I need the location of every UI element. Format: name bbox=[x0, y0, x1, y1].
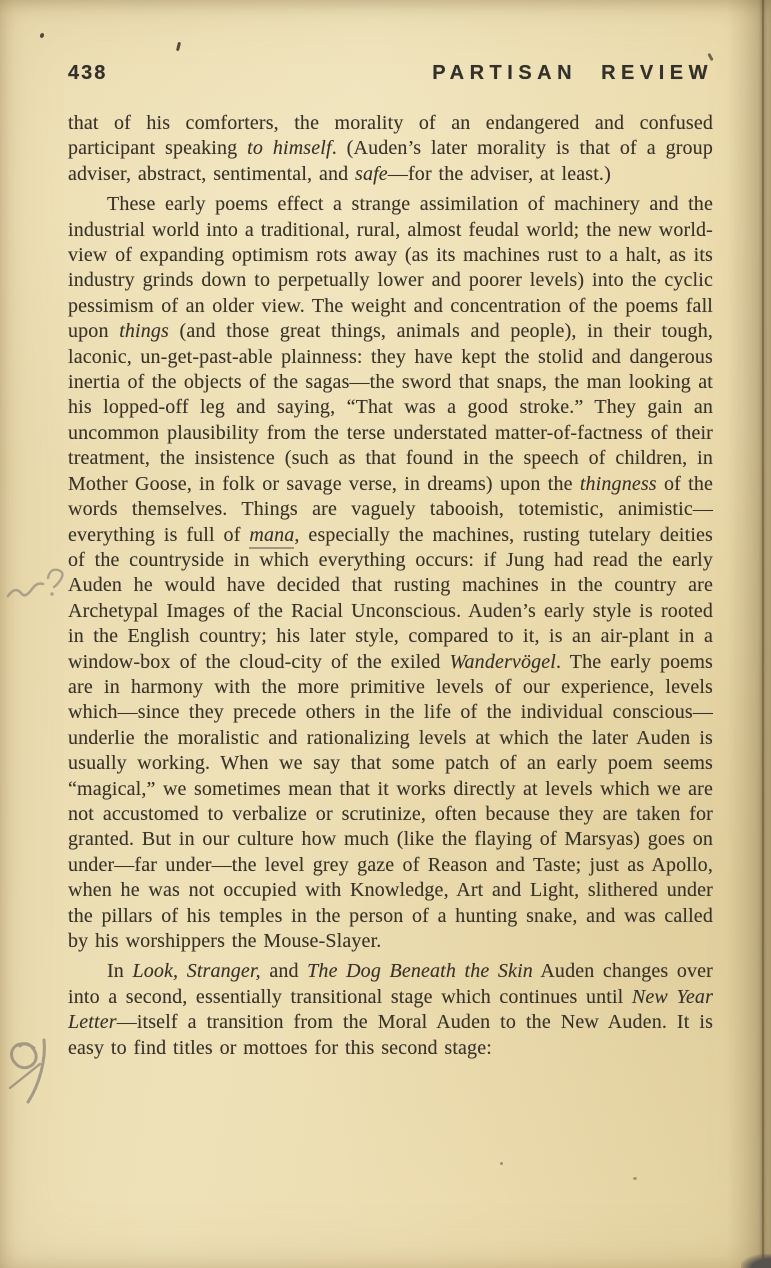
italic-run: mana bbox=[249, 524, 294, 549]
italic-run: safe bbox=[355, 163, 388, 185]
ink-speck bbox=[633, 1177, 637, 1180]
page-edge-shadow bbox=[727, 0, 771, 1268]
page-header: 438 PARTISAN REVIEW bbox=[68, 62, 713, 85]
paragraph: In Look, Stranger, and The Dog Beneath t… bbox=[68, 959, 713, 1061]
text-run: (and those great things, animals and peo… bbox=[68, 320, 713, 494]
italic-run: Wandervögel bbox=[450, 651, 556, 673]
italic-run: thingness bbox=[580, 473, 657, 495]
book-page: 438 PARTISAN REVIEW that of his comforte… bbox=[0, 0, 771, 1268]
page-edge-seam bbox=[762, 0, 764, 1268]
page-number: 438 bbox=[68, 62, 107, 85]
text-run: —for the adviser, at least.) bbox=[388, 163, 611, 185]
article-text: that of his comforters, the morality of … bbox=[68, 111, 713, 1061]
italic-run: Look, Stranger, bbox=[132, 960, 260, 982]
italic-run: things bbox=[119, 320, 169, 342]
italic-run: to himself bbox=[247, 137, 332, 159]
ink-speck bbox=[39, 32, 44, 38]
text-run: and bbox=[261, 960, 307, 982]
paragraph: These early poems effect a strange assim… bbox=[68, 192, 713, 954]
text-run: . The early poems are in harmony with th… bbox=[68, 651, 713, 952]
ink-speck bbox=[500, 1162, 503, 1165]
paragraph: that of his comforters, the morality of … bbox=[68, 111, 713, 187]
text-run: In bbox=[107, 960, 132, 982]
italic-run: The Dog Beneath the Skin bbox=[307, 960, 533, 982]
journal-title: PARTISAN REVIEW bbox=[432, 62, 713, 85]
ink-speck bbox=[176, 42, 181, 51]
ink-speck bbox=[707, 53, 713, 61]
pencil-loop-mark-icon bbox=[0, 1026, 72, 1130]
pencil-scribble-icon bbox=[2, 556, 72, 618]
text-run: —itself a transition from the Moral Aude… bbox=[68, 1011, 713, 1058]
corner-smudge bbox=[741, 1254, 771, 1268]
